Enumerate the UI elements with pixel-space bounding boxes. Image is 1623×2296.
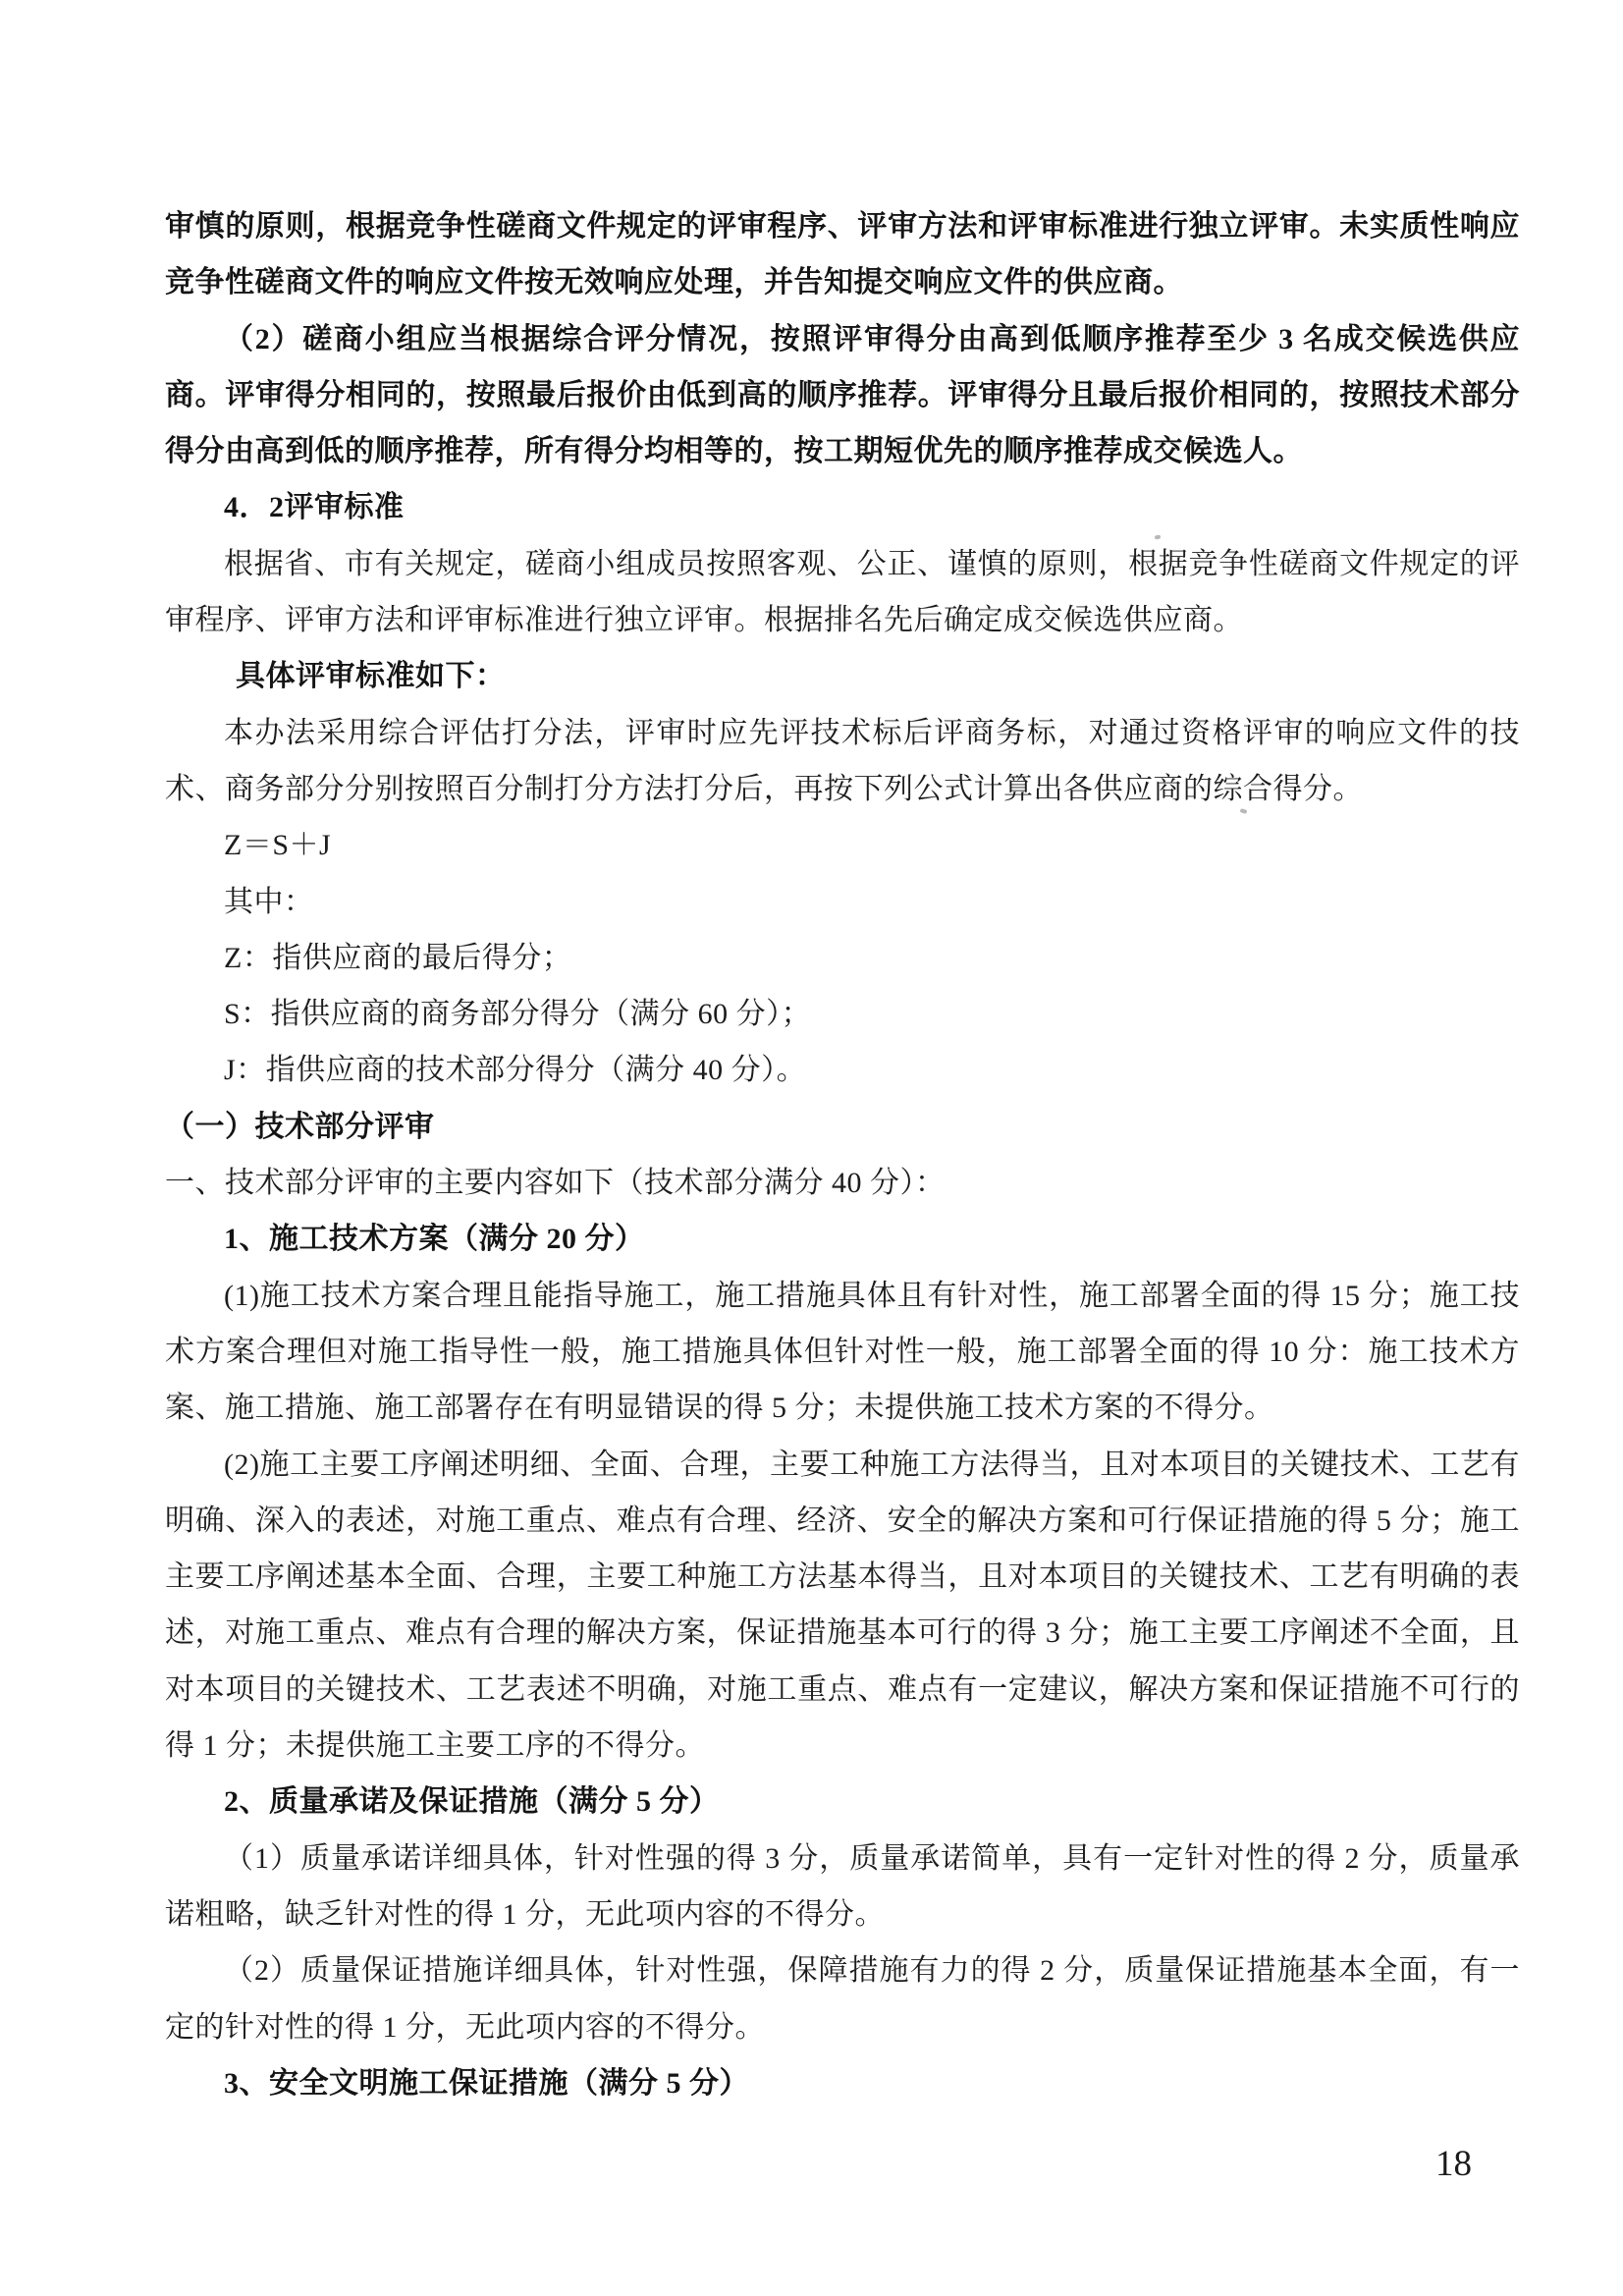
document-page: 审慎的原则，根据竞争性磋商文件规定的评审程序、评审方法和评审标准进行独立评审。未… xyxy=(0,0,1623,2296)
heading-4-2-review-criteria: 4．2评审标准 xyxy=(165,479,1520,535)
heading-quality-commitment: 2、质量承诺及保证措施（满分 5 分） xyxy=(165,1774,1520,1830)
para-quality-commitment-scoring: （1）质量承诺详细具体，针对性强的得 3 分，质量承诺简单，具有一定针对性的得 … xyxy=(165,1831,1520,1943)
heading-construction-plan: 1、施工技术方案（满分 20 分） xyxy=(165,1211,1520,1267)
page-body: 审慎的原则，根据竞争性磋商文件规定的评审程序、评审方法和评审标准进行独立评审。未… xyxy=(165,198,1520,2111)
para-continued-review-principle: 审慎的原则，根据竞争性磋商文件规定的评审程序、评审方法和评审标准进行独立评审。未… xyxy=(165,198,1520,311)
definition-z-final-score: Z：指供应商的最后得分； xyxy=(165,930,1520,986)
definition-s-business-score: S：指供应商的商务部分得分（满分 60 分）； xyxy=(165,986,1520,1042)
para-main-process-scoring: (2)施工主要工序阐述明细、全面、合理，主要工种施工方法得当，且对本项目的关键技… xyxy=(165,1437,1520,1775)
definition-j-technical-score: J：指供应商的技术部分得分（满分 40 分）。 xyxy=(165,1042,1520,1098)
label-among-which: 其中： xyxy=(165,874,1520,930)
heading-safe-civilized-construction: 3、安全文明施工保证措施（满分 5 分） xyxy=(165,2055,1520,2111)
formula-z-equals-s-plus-j: Z＝S＋J xyxy=(165,817,1520,873)
para-quality-assurance-scoring: （2）质量保证措施详细具体，针对性强，保障措施有力的得 2 分，质量保证措施基本… xyxy=(165,1942,1520,2055)
page-number: 18 xyxy=(1435,2143,1472,2186)
heading-technical-part-review: （一）技术部分评审 xyxy=(165,1099,1520,1155)
para-construction-plan-scoring: (1)施工技术方案合理且能指导施工，施工措施具体且有针对性，施工部署全面的得 1… xyxy=(165,1268,1520,1437)
heading-specific-criteria: 具体评审标准如下： xyxy=(165,648,1520,704)
para-scoring-method: 本办法采用综合评估打分法，评审时应先评技术标后评商务标，对通过资格评审的响应文件… xyxy=(165,705,1520,818)
para-review-basis: 根据省、市有关规定，磋商小组成员按照客观、公正、谨慎的原则，根据竞争性磋商文件规… xyxy=(165,536,1520,649)
para-technical-review-intro: 一、技术部分评审的主要内容如下（技术部分满分 40 分）： xyxy=(165,1155,1520,1211)
para-recommend-candidates: （2）磋商小组应当根据综合评分情况，按照评审得分由高到低顺序推荐至少 3 名成交… xyxy=(165,311,1520,480)
